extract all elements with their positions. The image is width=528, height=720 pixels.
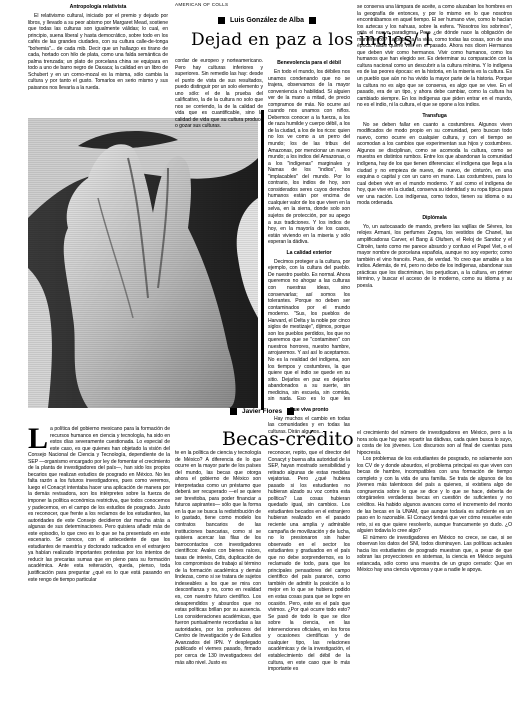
byline-article2: Javier Flores (230, 408, 294, 415)
article2-column-b: te en la política de ciencia y tecnologí… (175, 450, 261, 666)
byline-square-icon (287, 408, 294, 415)
section-label: AMERICAN OF COLLS (175, 2, 228, 7)
article1-column-d: se conserva una lámpara de aceite, a com… (357, 4, 512, 289)
subhead-transfuga: Transfuga (357, 113, 512, 120)
article2-column-a: L a política del gobierno mexicano para … (28, 426, 170, 583)
byline-square-icon (218, 17, 225, 24)
photo-graphic (28, 118, 258, 408)
sidebar-title: Antropología relativista (28, 4, 168, 11)
article1-col-d-p3: Yo, un autocasado de mando, prefiero las… (357, 224, 512, 289)
article2-col-d-p3: El número de investigadores en México no… (357, 535, 512, 574)
article1-column-c: Benevolencia para el débil En todo el mu… (268, 56, 350, 435)
article1-col-c-p3: Decimos proteger a la cultura, por ejemp… (268, 259, 350, 403)
byline-square-icon (309, 17, 316, 24)
article2-col-b-text: te en la política de ciencia y tecnologí… (175, 450, 261, 666)
article2-column-c: reconocer, repito, que el director del C… (268, 450, 350, 673)
drop-cap: L (28, 427, 48, 451)
article1-column-b: cordar de europeo y norteamericano. Pero… (175, 58, 263, 130)
byline-article1: Luis González de Alba (218, 17, 316, 24)
sidebar-body: El relativismo cultural, iniciado por el… (28, 13, 168, 92)
subhead-diplomala: Diplómala (357, 215, 512, 222)
article1-col-d-p2: No se deben fallar en cuanto a costumbre… (357, 122, 512, 207)
subhead-benevolencia: Benevolencia para el débil (268, 60, 350, 67)
article2-col-a-text: a política del gobierno mexicano para la… (28, 426, 170, 583)
sidebar-antropologia: Antropología relativista El relativismo … (28, 4, 168, 92)
byline-square-icon (230, 408, 237, 415)
subhead-calidad-exterior: La calidad exterior (268, 250, 350, 257)
article2-headline: Becas-crédito (222, 428, 354, 450)
column-rule (261, 110, 264, 410)
article2-col-d-p2: Los problemas de los estudiantes de posg… (357, 456, 512, 535)
article2-column-d: el crecimiento del número de investigado… (357, 430, 512, 574)
article1-col-c-p1: En todo el mundo, los débiles nos unamos… (268, 69, 350, 246)
article1-col-b-text: cordar de europeo y norteamericano. Pero… (175, 58, 263, 130)
article2-col-d-p1: el crecimiento del número de investigado… (357, 430, 512, 456)
author-name: Javier Flores (242, 408, 282, 415)
article2-col-c-text: reconocer, repito, que el director del C… (268, 450, 350, 673)
article1-col-d-p1: se conserva una lámpara de aceite, a com… (357, 4, 512, 109)
author-name: Luis González de Alba (230, 17, 304, 24)
hand-covering-mouth-photo (28, 118, 258, 408)
